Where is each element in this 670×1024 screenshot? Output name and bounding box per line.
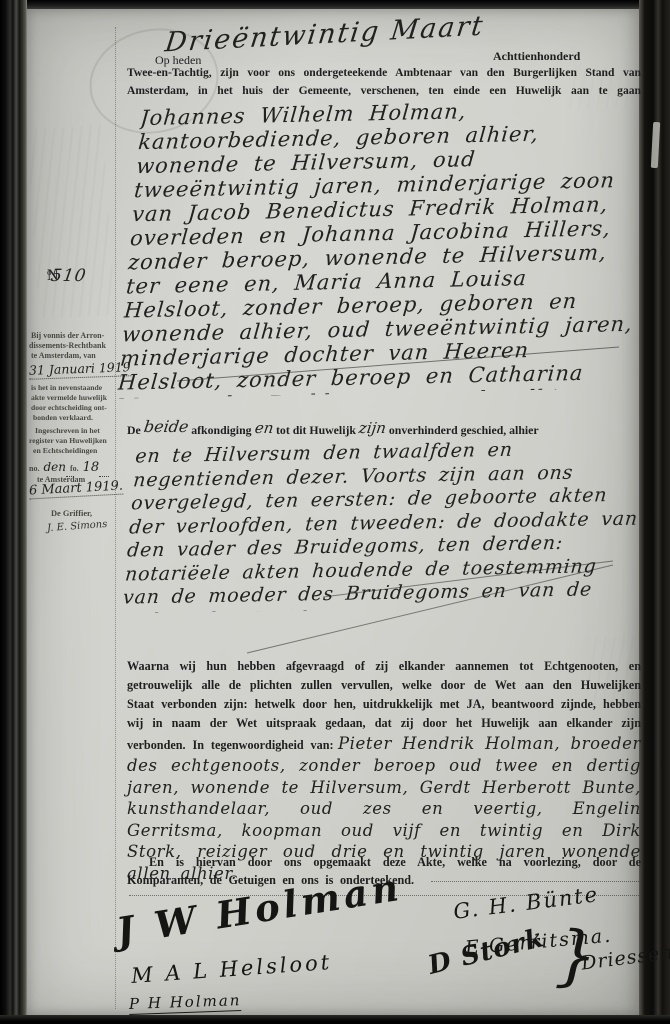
stamp-no-fo-line: no. den fo. 18	[29, 458, 121, 476]
handwritten-zijn: zijn	[358, 419, 388, 437]
divorce-stamp-annotation: Bij vonnis der Arron- dissements-Rechtba…	[29, 331, 121, 561]
printed-header-line2: Twee-en-Tachtig, zijn voor ons ondergete…	[127, 66, 641, 79]
handwritten-beide: beide	[142, 417, 189, 436]
photo-dark-edge-bottom	[0, 1015, 670, 1024]
book-binding-edge	[0, 0, 27, 1024]
act-number: No. 510	[47, 267, 86, 287]
printed-onverhinderd: onverhinderd geschied, alhier	[389, 423, 539, 437]
printed-header-line3: Amsterdam, in het huis der Gemeente, ver…	[127, 84, 641, 97]
stamp-fo-label: fo.	[70, 464, 79, 473]
stamp-no-label: no.	[29, 464, 39, 473]
announcement-printed-line: De beide afkondiging en tot dit Huwelijk…	[127, 419, 641, 438]
scanned-register-photo: No. 510 Bij vonnis der Arron- dissements…	[0, 0, 670, 1024]
stamp-line: is het in nevenstaande	[31, 383, 102, 392]
signature-witness-stork: D Stork	[425, 923, 547, 981]
signature-witness-brother: P H Holman	[129, 991, 242, 1015]
signature-griffier: J. E. Simons	[47, 519, 108, 534]
printed-de: De	[127, 423, 141, 437]
act-number-value: 510	[50, 266, 88, 286]
stamp-no-value-handwritten: den	[43, 460, 66, 474]
marriage-certificate-page: No. 510 Bij vonnis der Arron- dissements…	[27, 9, 639, 1015]
stamp-line: Bij vonnis der Arron-	[31, 331, 104, 340]
stamp-line: en Echtscheidingen	[33, 446, 97, 455]
stamp-fo-value-handwritten: 18	[83, 460, 100, 475]
photo-dark-edge-top	[0, 0, 670, 9]
stamp-line: register van Huwelijken	[29, 436, 107, 445]
stamp-line: Ingeschreven in het	[35, 426, 100, 435]
handwritten-date: Drieëntwintig Maart	[163, 11, 486, 59]
stamp-line: te Amsterdam, van	[31, 351, 96, 360]
printed-tot-dit-huwelijk: tot dit Huwelijk	[276, 423, 356, 437]
printed-achttienhonderd: Achttienhonderd	[493, 49, 580, 64]
handwritten-announcement-text: en te Hilversum den twaalfden en negenti…	[122, 436, 649, 613]
stamp-line: door echtscheiding ont-	[31, 403, 107, 412]
printed-afkondiging: afkondiging	[191, 423, 251, 437]
stamp-line: dissements-Rechtbank	[29, 341, 106, 350]
stamp-date-handwritten: 31 Januari 1919	[29, 359, 131, 380]
signature-dotted-line	[431, 881, 639, 882]
vows-paragraph: Waarna wij hun hebben afgevraagd of zij …	[127, 657, 641, 884]
stamp-line: bonden verklaard.	[33, 413, 93, 422]
ink-bleedthrough	[26, 125, 115, 320]
handwritten-parties-text: Johannes Wilhelm Holman, kantoorbediende…	[117, 95, 653, 398]
signature-bride: M A L Helsloot	[130, 950, 333, 988]
stamp-line: akte vermelde huwelijk	[31, 393, 107, 402]
handwritten-en: en	[253, 419, 274, 437]
stamp-griffier-label: De Griffier,	[51, 509, 92, 518]
